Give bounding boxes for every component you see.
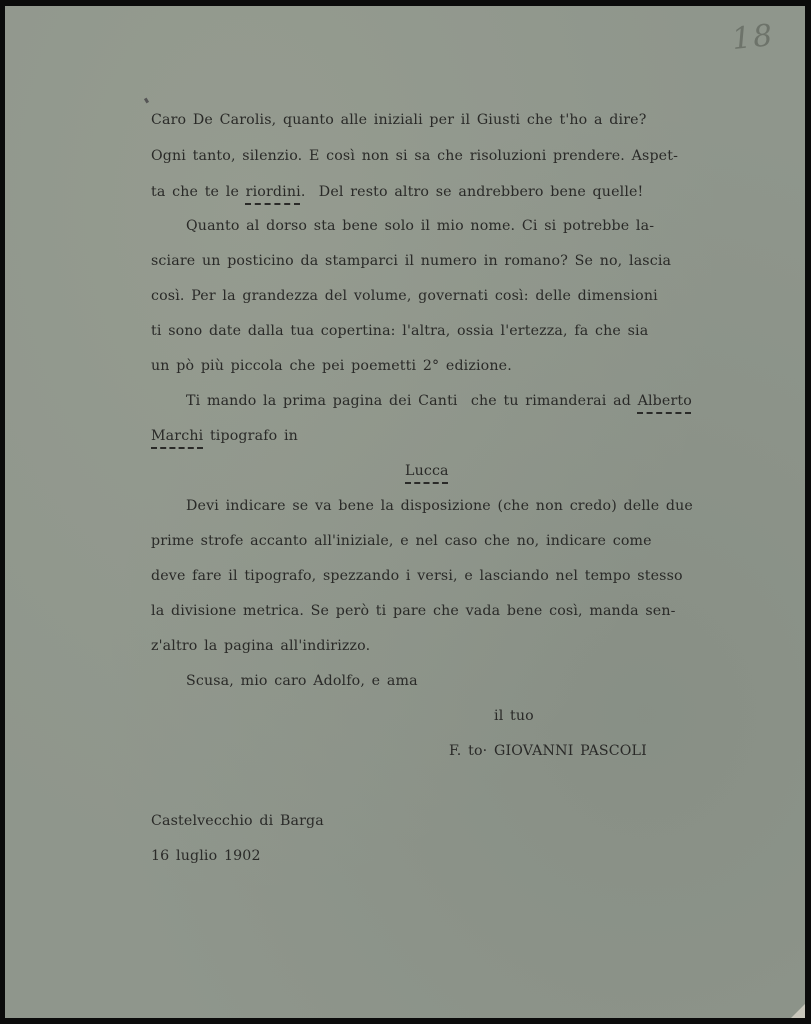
- text-line: Lucca: [405, 463, 449, 479]
- signature: F. to· GIOVANNI PASCOLI: [449, 743, 647, 759]
- text-line: un pò più piccola che pei poemetti 2° ed…: [151, 358, 512, 374]
- text-line: Caro De Carolis, quanto alle iniziali pe…: [151, 112, 646, 128]
- underlined-word: Alberto: [638, 393, 692, 409]
- stray-ink-mark: [144, 98, 149, 104]
- text-line: ti sono date dalla tua copertina: l'altr…: [151, 323, 648, 339]
- letter-page: 18 Caro De Carolis, quanto alle iniziali…: [5, 6, 805, 1018]
- text-segment: . Del resto altro se andrebbero bene que…: [301, 184, 644, 200]
- date: 16 luglio 1902: [151, 848, 261, 864]
- text-line: deve fare il tipografo, spezzando i vers…: [151, 568, 683, 584]
- text-line: sciare un posticino da stamparci il nume…: [151, 253, 671, 269]
- handwritten-page-number: 18: [730, 18, 776, 57]
- underlined-word: riordini: [246, 184, 301, 200]
- closing-il-tuo: il tuo: [494, 708, 534, 724]
- text-line: Marchi tipografo in: [151, 428, 298, 444]
- corner-fold: [791, 1004, 805, 1018]
- text-segment: ta che te le: [151, 184, 246, 200]
- text-line: Ogni tanto, silenzio. E così non si sa c…: [151, 148, 678, 164]
- text-line: Ti mando la prima pagina dei Canti che t…: [186, 393, 692, 409]
- text-line: prime strofe accanto all'iniziale, e nel…: [151, 533, 652, 549]
- text-line: z'altro la pagina all'indirizzo.: [151, 638, 370, 654]
- text-line: la divisione metrica. Se però ti pare ch…: [151, 603, 676, 619]
- underlined-word: Marchi: [151, 428, 203, 444]
- text-line: Quanto al dorso sta bene solo il mio nom…: [186, 218, 654, 234]
- text-line: così. Per la grandezza del volume, gover…: [151, 288, 658, 304]
- place: Castelvecchio di Barga: [151, 813, 324, 829]
- text-line: ta che te le riordini. Del resto altro s…: [151, 184, 643, 200]
- closing-line: Scusa, mio caro Adolfo, e ama: [186, 673, 418, 689]
- underlined-city: Lucca: [405, 463, 449, 479]
- text-line: Devi indicare se va bene la disposizione…: [186, 498, 693, 514]
- text-segment: tipografo in: [203, 428, 298, 444]
- text-segment: Ti mando la prima pagina dei Canti che t…: [186, 393, 638, 409]
